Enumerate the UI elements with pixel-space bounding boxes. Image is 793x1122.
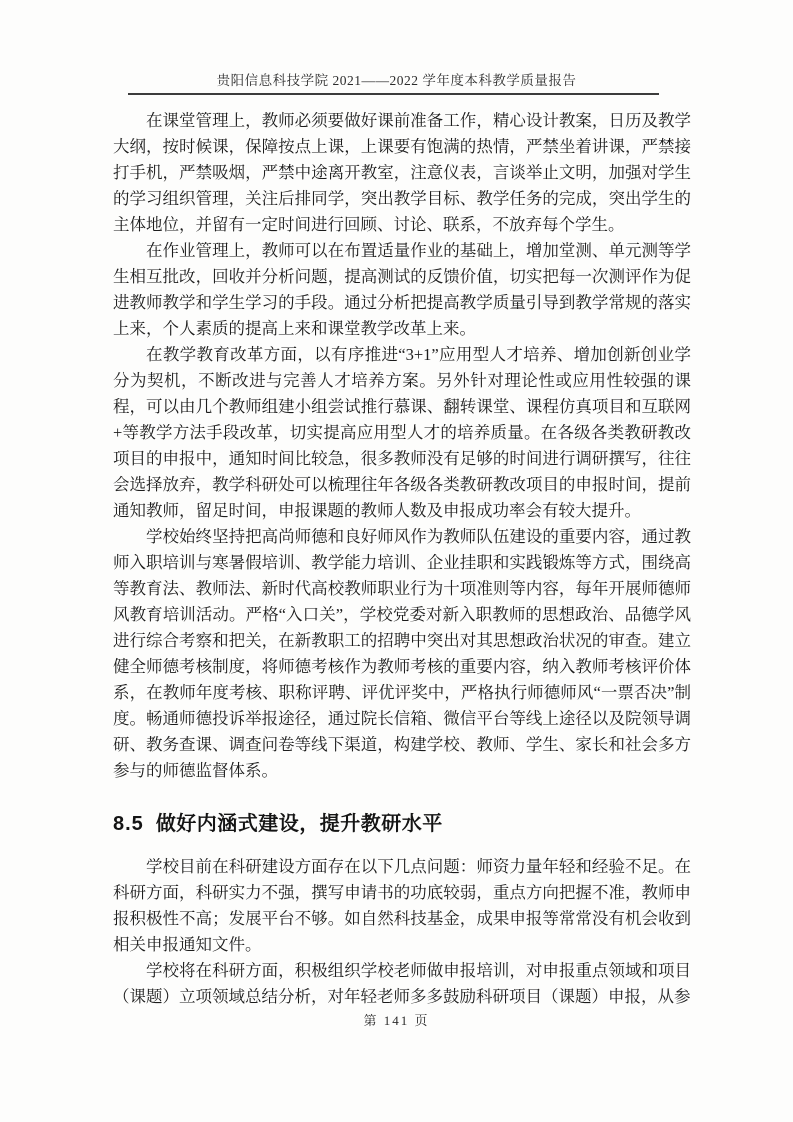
- paragraph-classroom-management: 在课堂管理上，教师必须要做好课前准备工作，精心设计教案，日历及教学大纲，按时候课…: [113, 108, 691, 238]
- paragraph-research-problems: 学校目前在科研建设方面存在以下几点问题：师资力量年轻和经验不足。在科研方面，科研…: [113, 854, 691, 958]
- running-header-title: 贵阳信息科技学院 2021——2022 学年度本科教学质量报告: [0, 69, 793, 89]
- section-heading: 8.5做好内涵式建设，提升教研水平: [113, 810, 691, 838]
- paragraph-teacher-ethics: 学校始终坚持把高尚师德和良好师风作为教师队伍建设的重要内容，通过教师入职培训与寒…: [113, 524, 691, 784]
- section-title: 做好内涵式建设，提升教研水平: [156, 813, 443, 835]
- paragraph-homework-management: 在作业管理上，教师可以在布置适量作业的基础上，增加堂测、单元测等学生相互批改，回…: [113, 238, 691, 342]
- section-number: 8.5: [113, 813, 144, 835]
- paragraph-teaching-reform: 在教学教育改革方面，以有序推进“3+1”应用型人才培养、增加创新创业学分为契机，…: [113, 342, 691, 524]
- document-body: 在课堂管理上，教师必须要做好课前准备工作，精心设计教案，日历及教学大纲，按时候课…: [113, 108, 691, 1010]
- paragraph-research-plan: 学校将在科研方面，积极组织学校老师做申报培训，对申报重点领域和项目（课题）立项领…: [113, 958, 691, 1010]
- document-page: 贵阳信息科技学院 2021——2022 学年度本科教学质量报告 在课堂管理上，教…: [0, 0, 793, 1122]
- header-rule: [128, 93, 659, 95]
- page-number: 第 141 页: [0, 1010, 793, 1029]
